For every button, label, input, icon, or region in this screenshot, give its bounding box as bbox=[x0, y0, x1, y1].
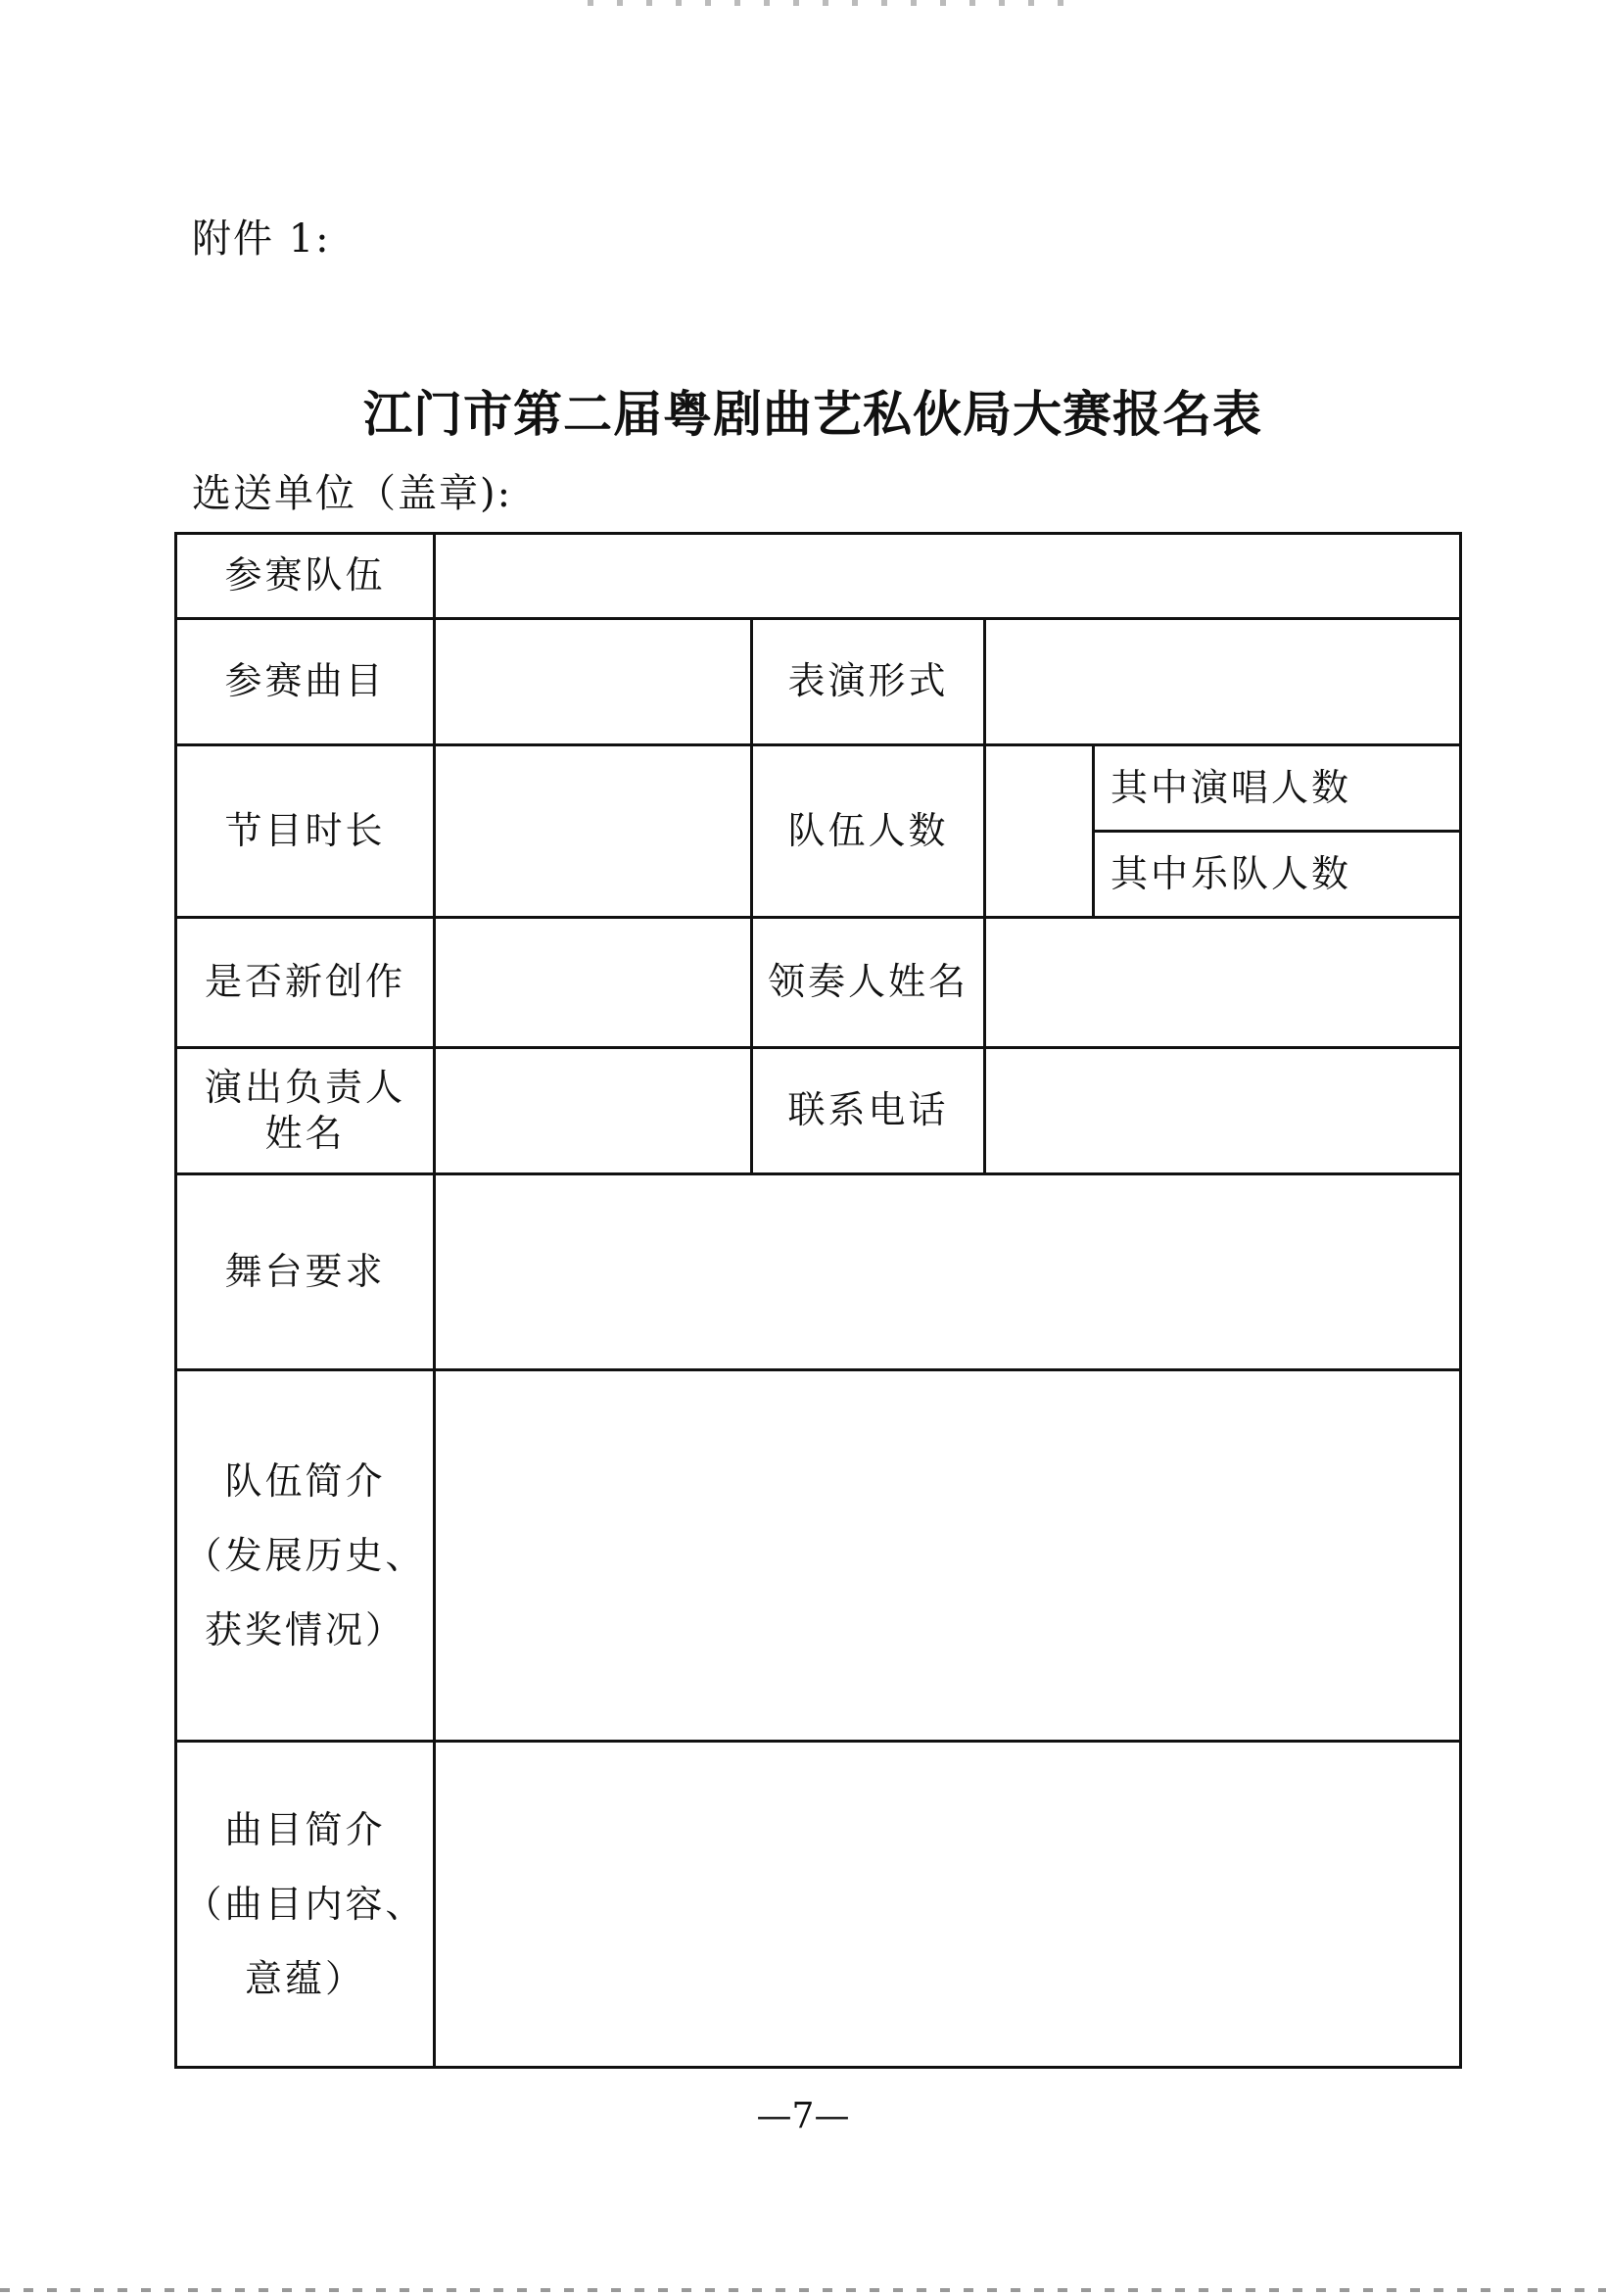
input-stage-requirements[interactable] bbox=[436, 1175, 1459, 1368]
input-lead-player[interactable] bbox=[986, 919, 1459, 1046]
table-border-bottom bbox=[175, 2066, 1461, 2069]
input-team-size[interactable] bbox=[986, 746, 1092, 916]
input-phone[interactable] bbox=[986, 1049, 1459, 1172]
label-line: 获奖情况） bbox=[205, 1593, 405, 1667]
submitting-unit-label: 选送单位（盖章): bbox=[192, 462, 512, 518]
label-line: 队伍简介 bbox=[224, 1444, 385, 1518]
label-team-intro: 队伍简介 （发展历史、 获奖情况） bbox=[177, 1371, 433, 1740]
input-new-creation[interactable] bbox=[436, 919, 750, 1046]
label-line: 演出负责人 bbox=[205, 1065, 405, 1112]
label-stage-requirements: 舞台要求 bbox=[177, 1175, 433, 1368]
label-line: 意蕴） bbox=[245, 1941, 365, 2016]
input-contact-person[interactable] bbox=[436, 1049, 750, 1172]
scan-artifact-bottom bbox=[0, 2288, 1606, 2292]
label-piece: 参赛曲目 bbox=[177, 620, 433, 743]
label-team: 参赛队伍 bbox=[177, 535, 433, 617]
label-piece-intro: 曲目简介 （曲目内容、 意蕴） bbox=[177, 1743, 433, 2066]
label-duration: 节目时长 bbox=[177, 746, 433, 916]
label-new-creation: 是否新创作 bbox=[177, 919, 433, 1046]
label-performance-form: 表演形式 bbox=[753, 620, 983, 743]
table-border-right bbox=[1459, 532, 1462, 2069]
label-singer-count: 其中演唱人数 bbox=[1095, 746, 1459, 830]
input-team-intro[interactable] bbox=[436, 1371, 1459, 1740]
label-lead-player: 领奏人姓名 bbox=[753, 919, 983, 1046]
page-number: —7— bbox=[0, 2096, 1606, 2136]
label-band-count: 其中乐队人数 bbox=[1095, 833, 1459, 916]
scan-artifact-top bbox=[588, 0, 1077, 6]
label-line: 姓名 bbox=[264, 1111, 345, 1158]
input-performance-form[interactable] bbox=[986, 620, 1459, 743]
label-contact-person: 演出负责人 姓名 bbox=[177, 1049, 433, 1172]
input-piece-intro[interactable] bbox=[436, 1743, 1459, 2066]
label-line: （曲目内容、 bbox=[184, 1867, 425, 1941]
input-duration[interactable] bbox=[436, 746, 750, 916]
input-piece[interactable] bbox=[436, 620, 750, 743]
attachment-label: 附件 1: bbox=[192, 208, 331, 263]
input-team[interactable] bbox=[436, 535, 1459, 617]
label-line: （发展历史、 bbox=[184, 1518, 425, 1593]
label-line: 曲目简介 bbox=[224, 1793, 385, 1867]
label-phone: 联系电话 bbox=[753, 1049, 983, 1172]
label-team-size: 队伍人数 bbox=[753, 746, 983, 916]
page-title: 江门市第二届粤剧曲艺私伙局大赛报名表 bbox=[0, 375, 1606, 446]
